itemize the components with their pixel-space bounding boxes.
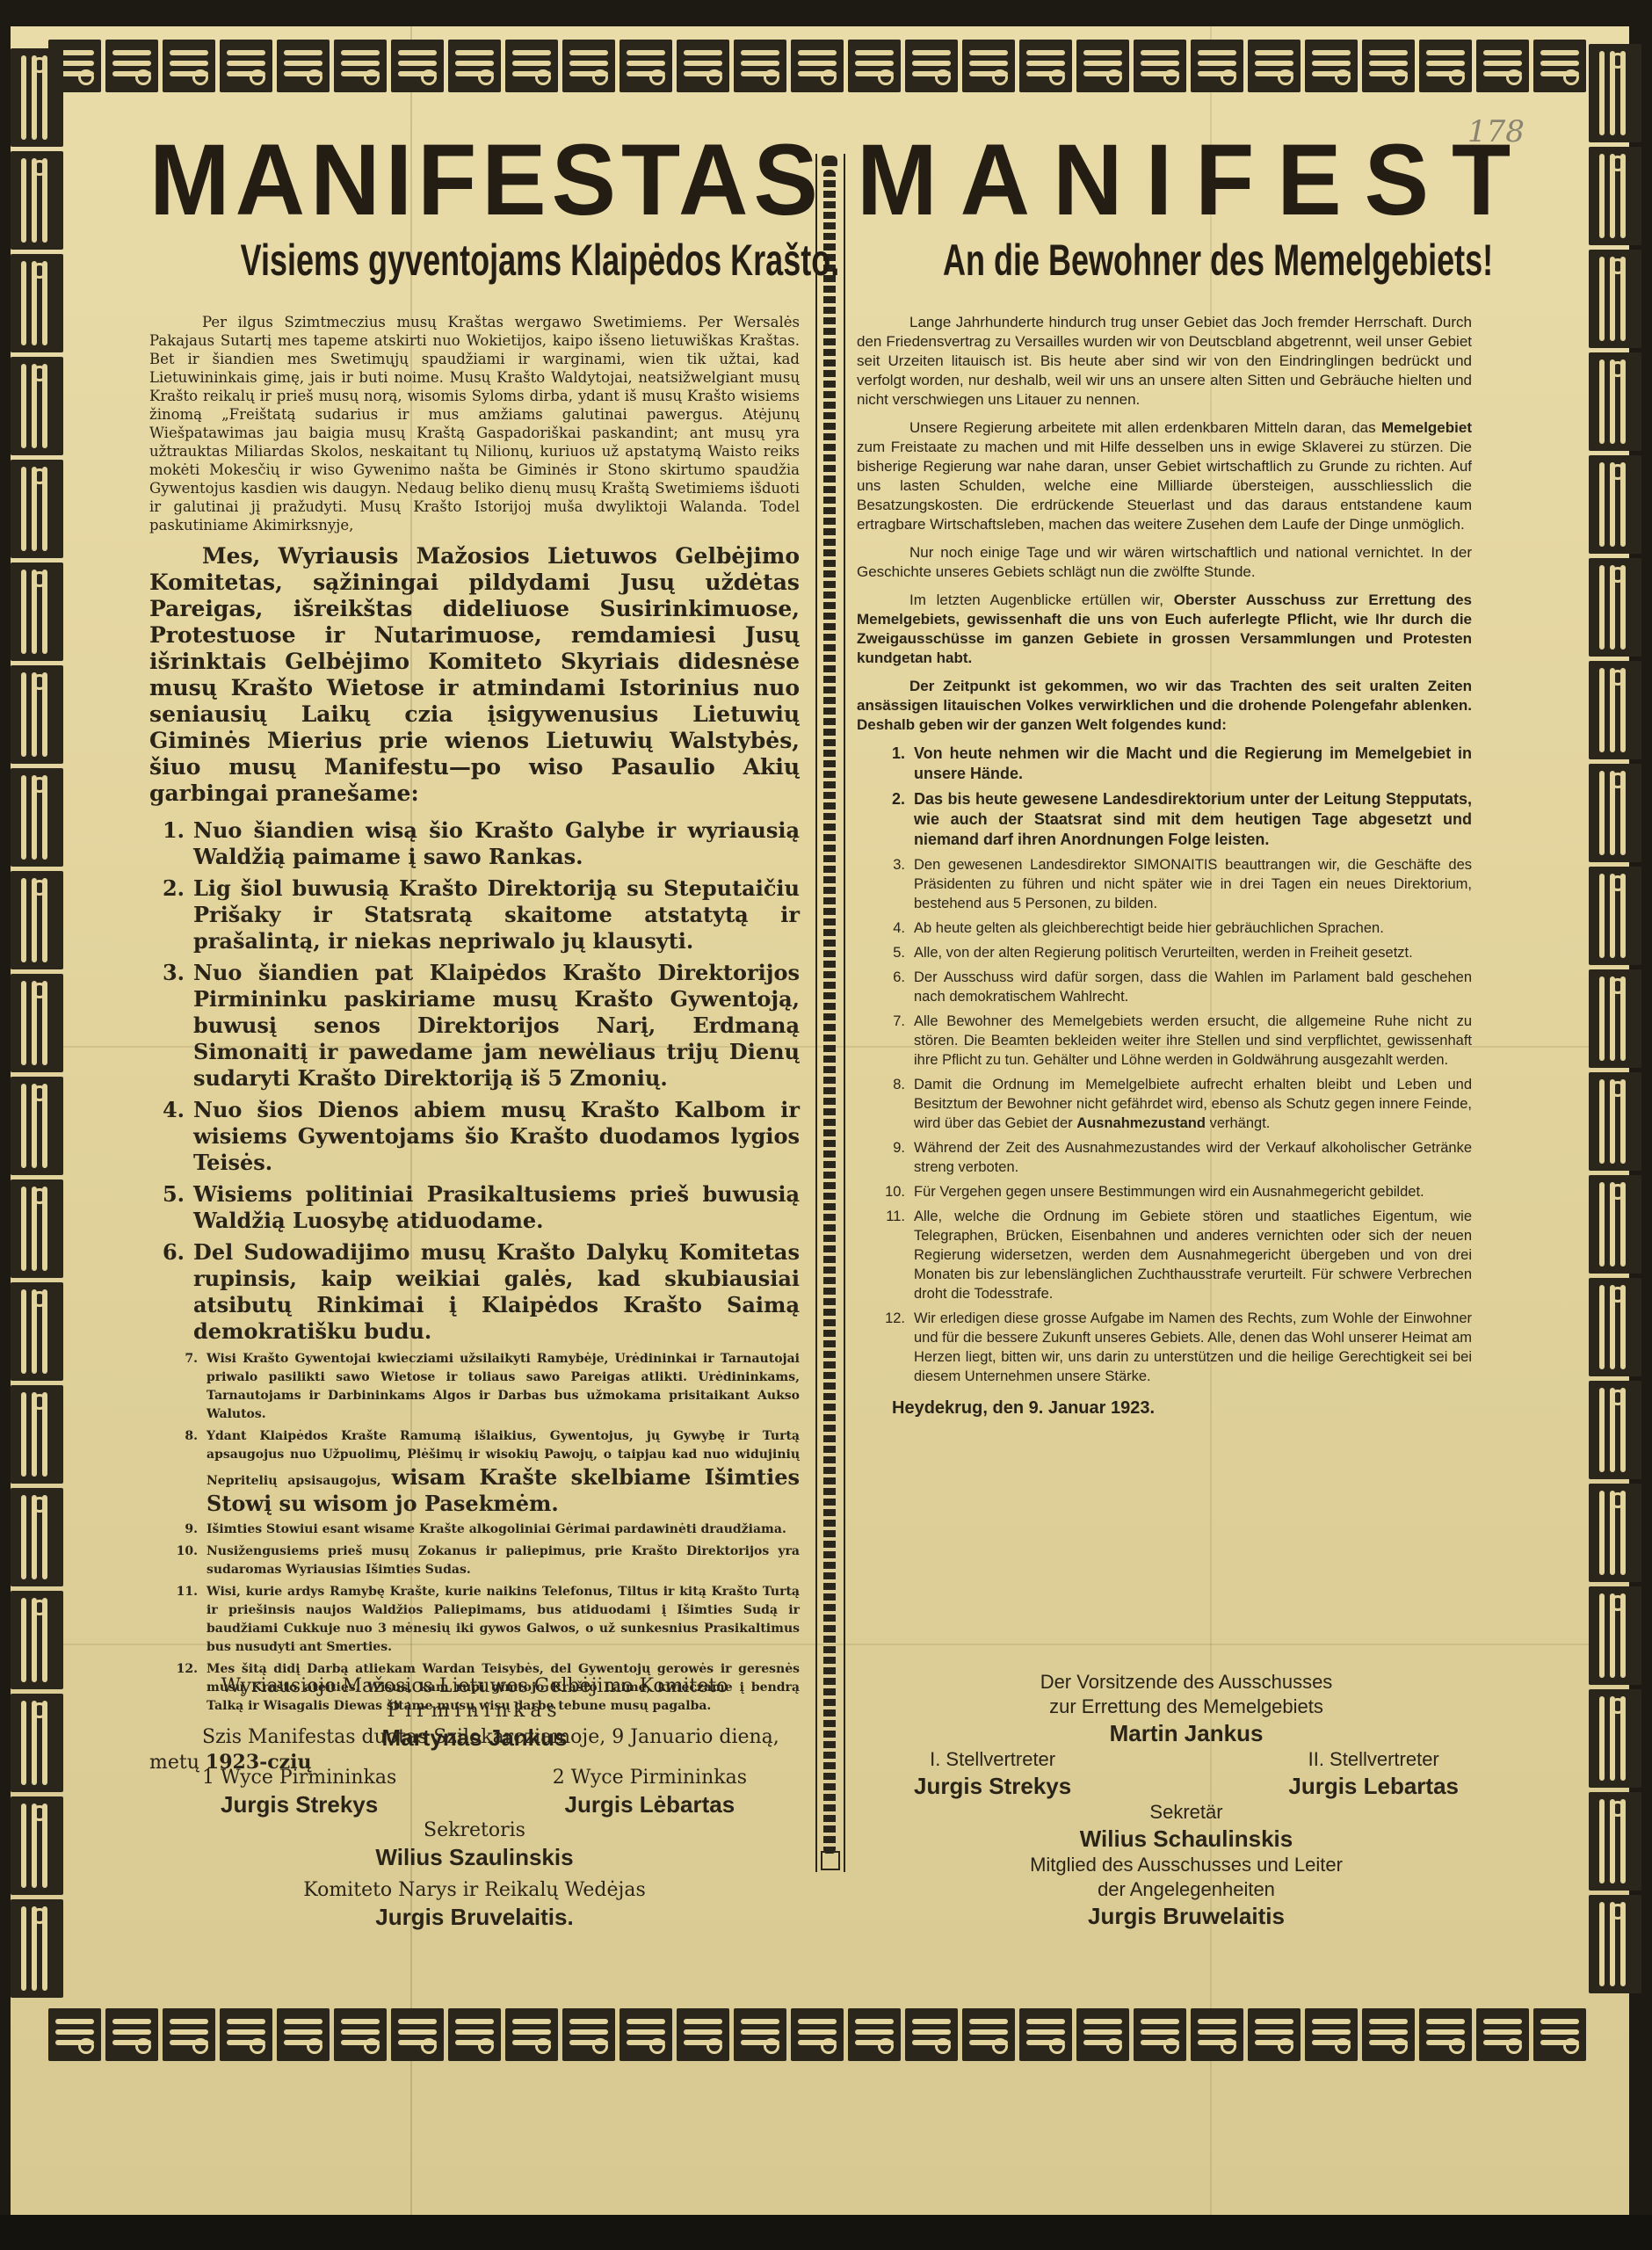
point-number: 2.: [857, 789, 914, 850]
point-text: Damit die Ordnung im Memelgelbiete aufre…: [914, 1075, 1472, 1133]
point-number: 9.: [149, 1521, 206, 1539]
vice2-name: Jurgis Lebartas: [1288, 1772, 1459, 1800]
german-title: MANIFEST: [857, 129, 1472, 231]
point-number: 5.: [149, 1181, 193, 1234]
lithuanian-point: 3.Nuo šiandien pat Klaipėdos Krašto Dire…: [149, 960, 800, 1092]
point-number: 11.: [857, 1207, 914, 1303]
border-ornament-icon: [1362, 2008, 1415, 2061]
member-name: Jurgis Bruwelaitis: [914, 1902, 1459, 1930]
border-ornament-icon: [505, 2008, 558, 2061]
vice1-role: 1 Wyce Pirmininkas: [202, 1766, 396, 1790]
vice2-role: II. Stellvertreter: [1288, 1747, 1459, 1772]
border-ornament-icon: [1589, 1381, 1641, 1479]
german-point: 12.Wir erledigen diese grosse Aufgabe im…: [857, 1309, 1472, 1386]
point-text: Für Vergehen gegen unsere Bestimmungen w…: [914, 1182, 1424, 1201]
point-text: Nuo šiandien wisą šio Krašto Galybe ir w…: [193, 817, 800, 870]
point-number: 11.: [149, 1583, 206, 1657]
border-ornament-icon: [163, 40, 215, 92]
border-ornament-icon: [1134, 40, 1186, 92]
border-ornament-icon: [11, 460, 63, 558]
point-number: 6.: [857, 968, 914, 1006]
lithuanian-point: 8.Ydant Klaipėdos Krašte Ramumą išlaikiu…: [149, 1427, 800, 1517]
point-text: Ab heute gelten als gleichberechtigt bei…: [914, 918, 1384, 938]
point-text: Den gewesenen Landesdirektor SIMONAITIS …: [914, 855, 1472, 913]
chair-name: Martin Jankus: [914, 1719, 1459, 1747]
german-place-date: Heydekrug, den 9. Januar 1923.: [892, 1398, 1472, 1419]
point-text: Išimties Stowiui esant wisame Krašte alk…: [206, 1521, 786, 1539]
point-text: Nuo šios Dienos abiem musų Krašto Kalbom…: [193, 1097, 800, 1176]
border-ornament-icon: [11, 254, 63, 352]
border-ornament-icon: [448, 2008, 501, 2061]
border-ornament-icon: [11, 1591, 63, 1689]
point-text: Nusižengusiems prieš musų Zokanus ir pal…: [206, 1542, 800, 1579]
vice1-name: Jurgis Strekys: [914, 1772, 1071, 1800]
border-ornament-icon: [1248, 40, 1301, 92]
border-ornament-icon: [11, 562, 63, 661]
vice2-role: 2 Wyce Pirmininkas: [553, 1766, 747, 1790]
border-ornament-icon: [1589, 44, 1641, 142]
border-ornament-icon: [677, 40, 729, 92]
border-ornament-icon: [11, 665, 63, 764]
border-ornament-icon: [1419, 40, 1472, 92]
point-text: Wisi, kurie ardys Ramybę Krašte, kurie n…: [206, 1583, 800, 1657]
point-number: 3.: [149, 960, 193, 1092]
border-ornament-icon: [619, 40, 672, 92]
ornamental-border-right: [1589, 44, 1641, 1993]
german-column: MANIFEST An die Bewohner des Memelgebiet…: [857, 132, 1472, 1419]
border-ornament-icon: [1476, 2008, 1529, 2061]
scan-background-bottom: [0, 2215, 1652, 2250]
german-points-list: 1.Von heute nehmen wir die Macht und die…: [857, 744, 1472, 1386]
vice1-role: I. Stellvertreter: [914, 1747, 1071, 1772]
ornamental-border-left: [11, 48, 63, 1998]
border-ornament-icon: [277, 40, 330, 92]
border-ornament-icon: [105, 40, 158, 92]
border-ornament-icon: [1589, 764, 1641, 862]
lithuanian-point: 7.Wisi Krašto Gywentojai kwiecziami užsi…: [149, 1350, 800, 1424]
chair-role-1: Der Vorsitzende des Ausschusses: [914, 1670, 1459, 1695]
german-para-2: Unsere Regierung arbeitete mit allen erd…: [857, 418, 1472, 534]
point-text: Wir erledigen diese grosse Aufgabe im Na…: [914, 1309, 1472, 1386]
point-text: Alle, von der alten Regierung politisch …: [914, 943, 1413, 962]
member-role-1: Mitglied des Ausschusses und Leiter: [914, 1853, 1459, 1877]
border-ornament-icon: [11, 1694, 63, 1792]
border-ornament-icon: [1476, 40, 1529, 92]
border-ornament-icon: [391, 2008, 444, 2061]
point-text: Wisi Krašto Gywentojai kwiecziami užsila…: [206, 1350, 800, 1424]
point-number: 10.: [149, 1542, 206, 1579]
german-para-5: Der Zeitpunkt ist gekommen, wo wir das T…: [857, 677, 1472, 735]
para4-lead: Im letzten Augenblicke ertüllen wir,: [909, 592, 1163, 608]
border-ornament-icon: [1589, 250, 1641, 348]
border-ornament-icon: [505, 40, 558, 92]
lithuanian-column: MANIFESTAS Visiems gyventojams Klaipėdos…: [149, 132, 800, 1774]
border-ornament-icon: [1589, 558, 1641, 657]
border-ornament-icon: [848, 40, 901, 92]
border-ornament-icon: [1589, 661, 1641, 759]
border-ornament-icon: [11, 974, 63, 1072]
border-ornament-icon: [1191, 40, 1243, 92]
border-ornament-icon: [1589, 352, 1641, 451]
member-role-2: der Angelegenheiten: [914, 1877, 1459, 1902]
border-ornament-icon: [1589, 867, 1641, 965]
para2-bold: Memelgebiet: [1381, 419, 1472, 436]
border-ornament-icon: [48, 2008, 101, 2061]
member-role: Komiteto Narys ir Reikalų Wedėjas: [202, 1878, 747, 1903]
ornamental-border-top: [48, 40, 1586, 92]
point-text: Wisiems politiniai Prasikaltusiems prieš…: [193, 1181, 800, 1234]
point-text: Der Ausschuss wird dafür sorgen, dass di…: [914, 968, 1472, 1006]
point-text: Das bis heute gewesene Landesdirektorium…: [914, 789, 1472, 850]
border-ornament-icon: [11, 1385, 63, 1484]
border-ornament-icon: [11, 1179, 63, 1278]
border-ornament-icon: [1589, 1072, 1641, 1171]
border-ornament-icon: [1362, 40, 1415, 92]
lithuanian-title: MANIFESTAS: [149, 129, 800, 231]
point-number: 10.: [857, 1182, 914, 1201]
lithuanian-point: 6.Del Sudowadijimo musų Krašto Dalykų Ko…: [149, 1239, 800, 1345]
border-ornament-icon: [448, 40, 501, 92]
border-ornament-icon: [11, 357, 63, 455]
border-ornament-icon: [1305, 2008, 1358, 2061]
lithuanian-intro: Per ilgus Szimtmeczius musų Kraštas werg…: [149, 313, 800, 534]
german-point: 6.Der Ausschuss wird dafür sorgen, dass …: [857, 968, 1472, 1006]
border-ornament-icon: [562, 40, 615, 92]
point-number: 7.: [857, 1012, 914, 1070]
chair-role: Pirmininkas: [202, 1699, 747, 1724]
border-ornament-icon: [962, 2008, 1015, 2061]
vice2-name: Jurgis Lėbartas: [553, 1790, 747, 1818]
column-divider-ornament: [815, 154, 845, 1872]
german-para-1: Lange Jahrhunderte hindurch trug unser G…: [857, 313, 1472, 410]
point-text: Von heute nehmen wir die Macht und die R…: [914, 744, 1472, 784]
border-ornament-icon: [1019, 40, 1072, 92]
lithuanian-point: 11.Wisi, kurie ardys Ramybę Krašte, kuri…: [149, 1583, 800, 1657]
german-point: 9.Während der Zeit des Ausnahmezustandes…: [857, 1138, 1472, 1177]
vine-ornament-icon: [823, 170, 836, 1854]
cross-ornament-icon: [821, 1851, 840, 1870]
border-ornament-icon: [105, 2008, 158, 2061]
point-number: 4.: [857, 918, 914, 938]
border-ornament-icon: [277, 2008, 330, 2061]
border-ornament-icon: [11, 1077, 63, 1175]
border-ornament-icon: [1533, 2008, 1586, 2061]
border-ornament-icon: [11, 151, 63, 250]
border-ornament-icon: [1419, 2008, 1472, 2061]
lithuanian-point: 2.Lig šiol buwusią Krašto Direktoriją su…: [149, 875, 800, 954]
point-text: Ydant Klaipėdos Krašte Ramumą išlaikius,…: [206, 1427, 800, 1517]
border-ornament-icon: [11, 871, 63, 969]
border-ornament-icon: [1589, 1175, 1641, 1274]
point-text: Alle Bewohner des Memelgebiets werden er…: [914, 1012, 1472, 1070]
point-number: 4.: [149, 1097, 193, 1176]
german-point: 10.Für Vergehen gegen unsere Bestimmunge…: [857, 1182, 1472, 1201]
border-ornament-icon: [220, 40, 272, 92]
german-point: 2.Das bis heute gewesene Landesdirektori…: [857, 789, 1472, 850]
secretary-role: Sekretär: [914, 1800, 1459, 1825]
point-number: 1.: [149, 817, 193, 870]
border-ornament-icon: [848, 2008, 901, 2061]
border-ornament-icon: [220, 2008, 272, 2061]
member-name: Jurgis Bruvelaitis.: [202, 1903, 747, 1931]
scan-background-top: [0, 0, 1652, 26]
german-para-4: Im letzten Augenblicke ertüllen wir, Obe…: [857, 591, 1472, 668]
ornamental-border-bottom: [48, 2008, 1586, 2061]
border-ornament-icon: [334, 2008, 387, 2061]
chair-name: Martynas Jankus: [202, 1724, 747, 1752]
lithuanian-subtitle: Visiems gyventojams Klaipėdos Krašto.: [241, 234, 709, 287]
border-ornament-icon: [1248, 2008, 1301, 2061]
para2-lead: Unsere Regierung arbeitete mit allen erd…: [909, 419, 1376, 436]
border-ornament-icon: [562, 2008, 615, 2061]
border-ornament-icon: [905, 2008, 958, 2061]
german-para-3: Nur noch einige Tage und wir wären wirts…: [857, 543, 1472, 582]
border-ornament-icon: [334, 40, 387, 92]
border-ornament-icon: [905, 40, 958, 92]
point-number: 2.: [149, 875, 193, 954]
german-subtitle: An die Bewohner des Memelgebiets!: [943, 234, 1386, 287]
chair-role-2: zur Errettung des Memelgebiets: [914, 1695, 1459, 1719]
point-number: 1.: [857, 744, 914, 784]
point-text: Lig šiol buwusią Krašto Direktoriją su S…: [193, 875, 800, 954]
point-number: 12.: [149, 1660, 206, 1716]
border-ornament-icon: [1589, 1278, 1641, 1376]
point-text: Del Sudowadijimo musų Krašto Dalykų Komi…: [193, 1239, 800, 1345]
vice1-name: Jurgis Strekys: [202, 1790, 396, 1818]
german-point: 7.Alle Bewohner des Memelgebiets werden …: [857, 1012, 1472, 1070]
border-ornament-icon: [734, 2008, 786, 2061]
border-ornament-icon: [1533, 40, 1586, 92]
point-emphasis: wisam Krašte skelbiame Išimties Stowį su…: [206, 1464, 800, 1516]
border-ornament-icon: [11, 768, 63, 867]
committee-line: Wyriausiojo Mažosios Lietuwos Gelbėjimo …: [202, 1674, 747, 1699]
border-ornament-icon: [11, 1796, 63, 1895]
border-ornament-icon: [11, 1899, 63, 1998]
border-ornament-icon: [1589, 147, 1641, 245]
border-ornament-icon: [1589, 1792, 1641, 1891]
crown-ornament-icon: [822, 156, 837, 166]
secretary-name: Wilius Szaulinskis: [202, 1843, 747, 1871]
border-ornament-icon: [1589, 1484, 1641, 1582]
point-text: Alle, welche die Ordnung im Gebiete stör…: [914, 1207, 1472, 1303]
german-point: 3.Den gewesenen Landesdirektor SIMONAITI…: [857, 855, 1472, 913]
point-text: Während der Zeit des Ausnahmezustandes w…: [914, 1138, 1472, 1177]
border-ornament-icon: [1134, 2008, 1186, 2061]
lithuanian-point: 10.Nusižengusiems prieš musų Zokanus ir …: [149, 1542, 800, 1579]
lithuanian-point: 5.Wisiems politiniai Prasikaltusiems pri…: [149, 1181, 800, 1234]
german-point: 8.Damit die Ordnung im Memelgelbiete auf…: [857, 1075, 1472, 1133]
border-ornament-icon: [1076, 2008, 1129, 2061]
point-number: 3.: [857, 855, 914, 913]
border-ornament-icon: [1589, 455, 1641, 554]
german-point: 11.Alle, welche die Ordnung im Gebiete s…: [857, 1207, 1472, 1303]
border-ornament-icon: [677, 2008, 729, 2061]
lithuanian-point: 4.Nuo šios Dienos abiem musų Krašto Kalb…: [149, 1097, 800, 1176]
border-ornament-icon: [11, 48, 63, 147]
point-number: 12.: [857, 1309, 914, 1386]
point-number: 9.: [857, 1138, 914, 1177]
point-number: 7.: [149, 1350, 206, 1424]
border-ornament-icon: [391, 40, 444, 92]
border-ornament-icon: [1589, 1895, 1641, 1993]
lithuanian-point: 1.Nuo šiandien wisą šio Krašto Galybe ir…: [149, 817, 800, 870]
border-ornament-icon: [791, 40, 844, 92]
point-number: 8.: [857, 1075, 914, 1133]
border-ornament-icon: [1191, 2008, 1243, 2061]
lithuanian-points-list: 1.Nuo šiandien wisą šio Krašto Galybe ir…: [149, 817, 800, 1716]
given-prefix: metų: [149, 1752, 199, 1774]
border-ornament-icon: [791, 2008, 844, 2061]
point-text: Nuo šiandien pat Klaipėdos Krašto Direkt…: [193, 960, 800, 1092]
point-number: 5.: [857, 943, 914, 962]
secretary-role: Sekretoris: [202, 1818, 747, 1843]
border-ornament-icon: [11, 1282, 63, 1381]
point-number: 6.: [149, 1239, 193, 1345]
lithuanian-point: 9.Išimties Stowiui esant wisame Krašte a…: [149, 1521, 800, 1539]
lithuanian-declaration: Mes, Wyriausis Mažosios Lietuwos Gelbėji…: [149, 543, 800, 807]
border-ornament-icon: [619, 2008, 672, 2061]
border-ornament-icon: [163, 2008, 215, 2061]
border-ornament-icon: [734, 40, 786, 92]
border-ornament-icon: [1589, 969, 1641, 1068]
german-point: 4.Ab heute gelten als gleichberechtigt b…: [857, 918, 1472, 938]
german-point: 5.Alle, von der alten Regierung politisc…: [857, 943, 1472, 962]
border-ornament-icon: [962, 40, 1015, 92]
secretary-name: Wilius Schaulinskis: [914, 1825, 1459, 1853]
border-ornament-icon: [1589, 1689, 1641, 1788]
para2-rest: zum Freistaate zu machen und mit Hilfe d…: [857, 439, 1472, 533]
german-signatures: Der Vorsitzende des Ausschusses zur Erre…: [914, 1670, 1459, 1930]
border-ornament-icon: [1076, 40, 1129, 92]
point-number: 8.: [149, 1427, 206, 1517]
border-ornament-icon: [1019, 2008, 1072, 2061]
lithuanian-signatures: Wyriausiojo Mažosios Lietuwos Gelbėjimo …: [202, 1674, 747, 1931]
border-ornament-icon: [11, 1488, 63, 1586]
border-ornament-icon: [1589, 1586, 1641, 1685]
border-ornament-icon: [1305, 40, 1358, 92]
german-point: 1.Von heute nehmen wir die Macht und die…: [857, 744, 1472, 784]
